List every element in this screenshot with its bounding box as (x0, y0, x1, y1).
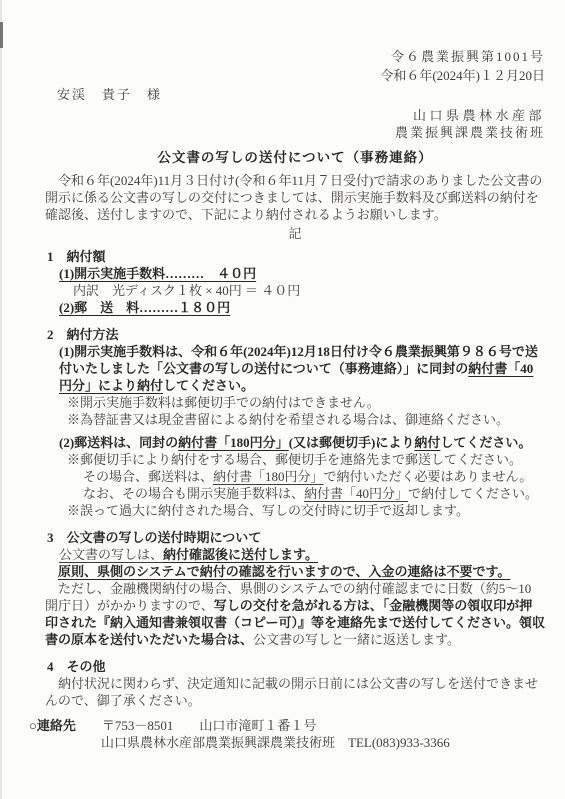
section-1-heading: 1 納付額 (47, 248, 545, 265)
text-segment: (2)郵送料は、同封の (59, 435, 178, 450)
contact-line-1: ○連絡先 〒753－8501 山口市滝町１番１号 (29, 717, 545, 734)
section-2-heading: 2 納付方法 (47, 326, 545, 343)
scan-edge-artifact (0, 0, 2, 799)
intro-paragraph: 令和６年(2024年)11月３日付け(令和６年11月７日受付)で請求のありました… (45, 172, 545, 223)
text-segment: ○連絡先 (29, 718, 76, 733)
text-segment: 〒753－8501 山口市滝町１番１号 (76, 718, 317, 733)
doc-number: 令６農業振興第1001号 (45, 48, 545, 65)
note-2: ※為替証書又は現金書留による納付を希望される場合は、御連絡ください。 (67, 411, 545, 428)
document-body: 令６農業振興第1001号令和６年(2024年)１２月20日安渓 貴子 様山口県農… (45, 48, 545, 751)
fee-breakdown: 内訳 光ディスク１枚 × 40円 ＝ ４０円 (73, 282, 545, 299)
text-segment: その場合、郵送料は、 (83, 469, 213, 484)
text-segment: してください。 (440, 435, 531, 450)
timing-line-1: 公文書の写しは、納付確認後に送付します。 (59, 546, 545, 563)
doc-date: 令和６年(2024年)１２月20日 (45, 67, 545, 84)
text-segment: 記 (288, 226, 301, 241)
section-4-heading: 4 その他 (47, 658, 545, 675)
text-segment: 納付書「180円分」 (213, 469, 324, 484)
text-segment: 納付書「180円分」 (178, 435, 289, 450)
text-segment: (2)郵 送 料………１８０円 (59, 300, 230, 315)
text-segment: 山口県農林水産部農業振興課農業技術班 TEL(083)933-3366 (101, 735, 450, 750)
text-segment: ※誤って過大に納付された場合、写しの交付時に切手で返却します。 (67, 503, 469, 518)
fee-line-1: (1)開示実施手数料……… ４０円 (59, 265, 545, 282)
text-segment: ※郵便切手により納付をする場合、郵便切手を連絡先まで郵送してください。 (67, 452, 522, 467)
timing-paragraph: ただし、金融機関納付の場合、県側のシステムでの納付確認までに日数（約5～10 開… (45, 580, 545, 648)
text-segment: 公文書の写しは、 (59, 547, 163, 562)
text-segment: ※為替証書又は現金書留による納付を希望される場合は、御連絡ください。 (67, 412, 509, 427)
text-segment: 納付書「40円分」 (304, 486, 408, 501)
note-3a: その場合、郵送料は、納付書「180円分」で納付いただく必要はありません。 (83, 468, 545, 485)
addressee: 安渓 貴子 様 (57, 86, 545, 103)
text-segment: 公文書の写しと一緒に返送します。 (253, 632, 460, 647)
sender-division: 農業振興課農業技術班 (45, 124, 545, 141)
sender-org: 山口県農林水産部 (45, 107, 545, 124)
text-segment: 2 納付方法 (47, 327, 119, 342)
payment-method-1: (1)開示実施手数料は、令和６年(2024年)12月18日付け令６農業振興第９８… (59, 343, 545, 394)
text-segment: 令和６年(2024年)１２月20日 (380, 68, 545, 83)
text-segment: 山口県農林水産部 (413, 108, 545, 123)
note-3: ※郵便切手により納付をする場合、郵便切手を連絡先まで郵送してください。 (67, 451, 545, 468)
text-segment: 原則、県側のシステムで納付の確認を行いますので、入金の連絡は不要です。 (58, 564, 510, 579)
text-segment: 1 納付額 (47, 249, 106, 264)
note-3b: なお、その場合も開示実施手数料は、納付書「40円分」で納付してください。 (83, 485, 545, 502)
text-segment: 公文書の写しの送付について（事務連絡） (157, 150, 432, 165)
text-segment: (又は郵便切手)により (289, 435, 415, 450)
text-segment: 3 公文書の写しの送付時期について (47, 530, 261, 545)
text-segment: してください。 (163, 378, 254, 393)
scanned-document-page: 令６農業振興第1001号令和６年(2024年)１２月20日安渓 貴子 様山口県農… (0, 0, 565, 799)
text-segment: 納付状況に関わらず、決定通知に記載の開示日前には公文書の写しを送付できませんので… (45, 676, 538, 708)
other-paragraph: 納付状況に関わらず、決定通知に記載の開示日前には公文書の写しを送付できませんので… (45, 675, 545, 709)
text-segment: 納付 (414, 435, 440, 450)
text-segment: 令和６年(2024年)11月３日付け(令和６年11月７日受付)で請求のありました… (45, 173, 542, 222)
fee-line-2: (2)郵 送 料………１８０円 (59, 299, 545, 316)
contact-line-2: 山口県農林水産部農業振興課農業技術班 TEL(083)933-3366 (101, 734, 545, 751)
note-1: ※開示実施手数料は郵便切手での納付はできません。 (67, 394, 545, 411)
text-segment: 令６農業振興第1001号 (391, 49, 545, 64)
text-segment: 内訳 光ディスク１枚 × 40円 ＝ ４０円 (73, 283, 300, 298)
text-segment: 4 その他 (47, 659, 106, 674)
section-3-heading: 3 公文書の写しの送付時期について (47, 529, 545, 546)
note-4: ※誤って過大に納付された場合、写しの交付時に切手で返却します。 (67, 502, 545, 519)
timing-line-2: 原則、県側のシステムで納付の確認を行いますので、入金の連絡は不要です。 (45, 563, 545, 580)
text-segment: ※開示実施手数料は郵便切手での納付はできません。 (67, 395, 380, 410)
text-segment: (1)開示実施手数料は、令和６年(2024年)12月18日付け令６農業振興第９８… (59, 344, 538, 376)
text-segment: で納付いただく必要はありません。 (324, 469, 533, 484)
text-segment: 安渓 貴子 様 (57, 87, 162, 102)
text-segment: (1)開示実施手数料……… ４０円 (59, 266, 256, 281)
text-segment: 農業振興課農業技術班 (395, 125, 545, 140)
payment-method-2: (2)郵送料は、同封の納付書「180円分」(又は郵便切手)により納付してください… (59, 434, 545, 451)
document-title: 公文書の写しの送付について（事務連絡） (45, 149, 545, 166)
text-segment: 納付確認後に送付します。 (163, 547, 318, 562)
text-segment: で納付してください。 (408, 486, 538, 501)
ki-marker: 記 (45, 225, 545, 242)
text-segment: なお、その場合も開示実施手数料は、 (83, 486, 304, 501)
scan-edge-mark (0, 22, 3, 48)
